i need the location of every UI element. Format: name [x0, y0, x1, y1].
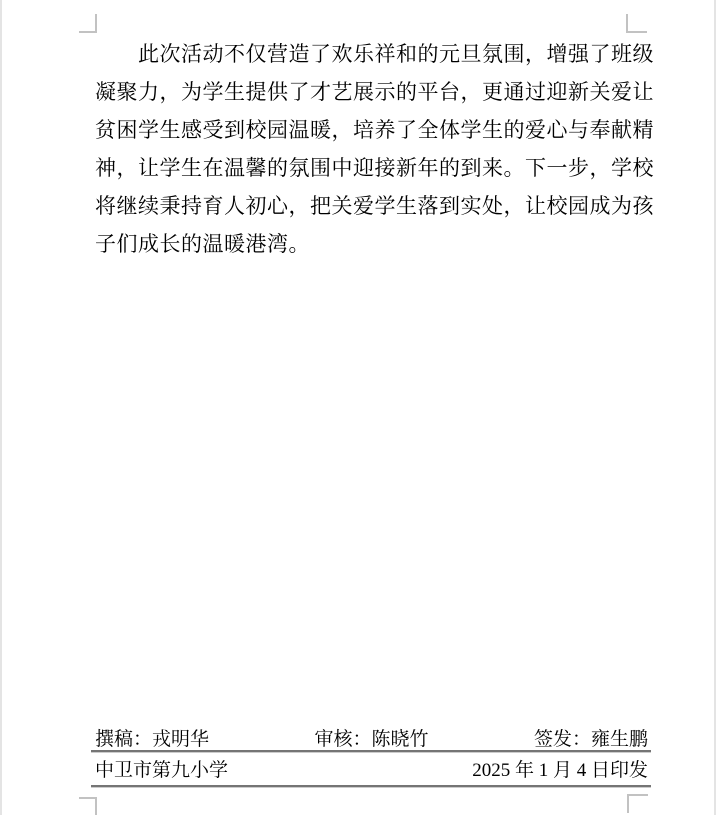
issuer-field: 签发：雍生鹏 — [534, 729, 648, 751]
body-text-line: 贫困学生感受到校园温暖，培养了全体学生的爱心与奉献精 — [95, 111, 655, 149]
margin-crop-mark-bottom-left-icon — [79, 797, 97, 815]
drafter-field: 撰稿：戎明华 — [95, 729, 209, 751]
body-text-line: 凝聚力，为学生提供了才艺展示的平台，更通过迎新关爱让 — [95, 73, 655, 111]
reviewer-field: 审核：陈晓竹 — [314, 729, 428, 751]
margin-crop-mark-top-left-icon — [79, 14, 97, 33]
issuing-school: 中卫市第九小学 — [95, 760, 228, 782]
body-text-line: 子们成长的温暖港湾。 — [95, 225, 655, 263]
drafter-name: 戎明华 — [152, 729, 209, 750]
issuer-name: 雍生鹏 — [591, 729, 648, 750]
reviewer-name: 陈晓竹 — [372, 729, 429, 750]
footer-divider-top — [91, 750, 651, 753]
margin-crop-mark-bottom-right-icon — [627, 794, 648, 813]
body-text-line: 此次活动不仅营造了欢乐祥和的元旦氛围，增强了班级 — [95, 35, 655, 73]
body-paragraph: 此次活动不仅营造了欢乐祥和的元旦氛围，增强了班级 凝聚力，为学生提供了才艺展示的… — [95, 35, 655, 263]
page-edge-left — [0, 0, 2, 815]
body-text-line: 神，让学生在温馨的氛围中迎接新年的到来。下一步，学校 — [95, 149, 655, 187]
page-edge-right — [714, 0, 716, 815]
footer-divider-bottom — [91, 785, 651, 788]
print-date: 2025 年 1 月 4 日印发 — [472, 760, 648, 782]
imprint-row: 中卫市第九小学 2025 年 1 月 4 日印发 — [95, 760, 648, 782]
body-text-line: 将继续秉持育人初心，把关爱学生落到实处，让校园成为孩 — [95, 187, 655, 225]
issuer-label: 签发： — [534, 729, 591, 750]
reviewer-label: 审核： — [314, 729, 371, 750]
margin-crop-mark-top-right-icon — [626, 14, 647, 33]
document-page: 此次活动不仅营造了欢乐祥和的元旦氛围，增强了班级 凝聚力，为学生提供了才艺展示的… — [0, 0, 717, 815]
drafter-label: 撰稿： — [95, 729, 152, 750]
signature-row: 撰稿：戎明华 审核：陈晓竹 签发：雍生鹏 — [95, 729, 648, 751]
